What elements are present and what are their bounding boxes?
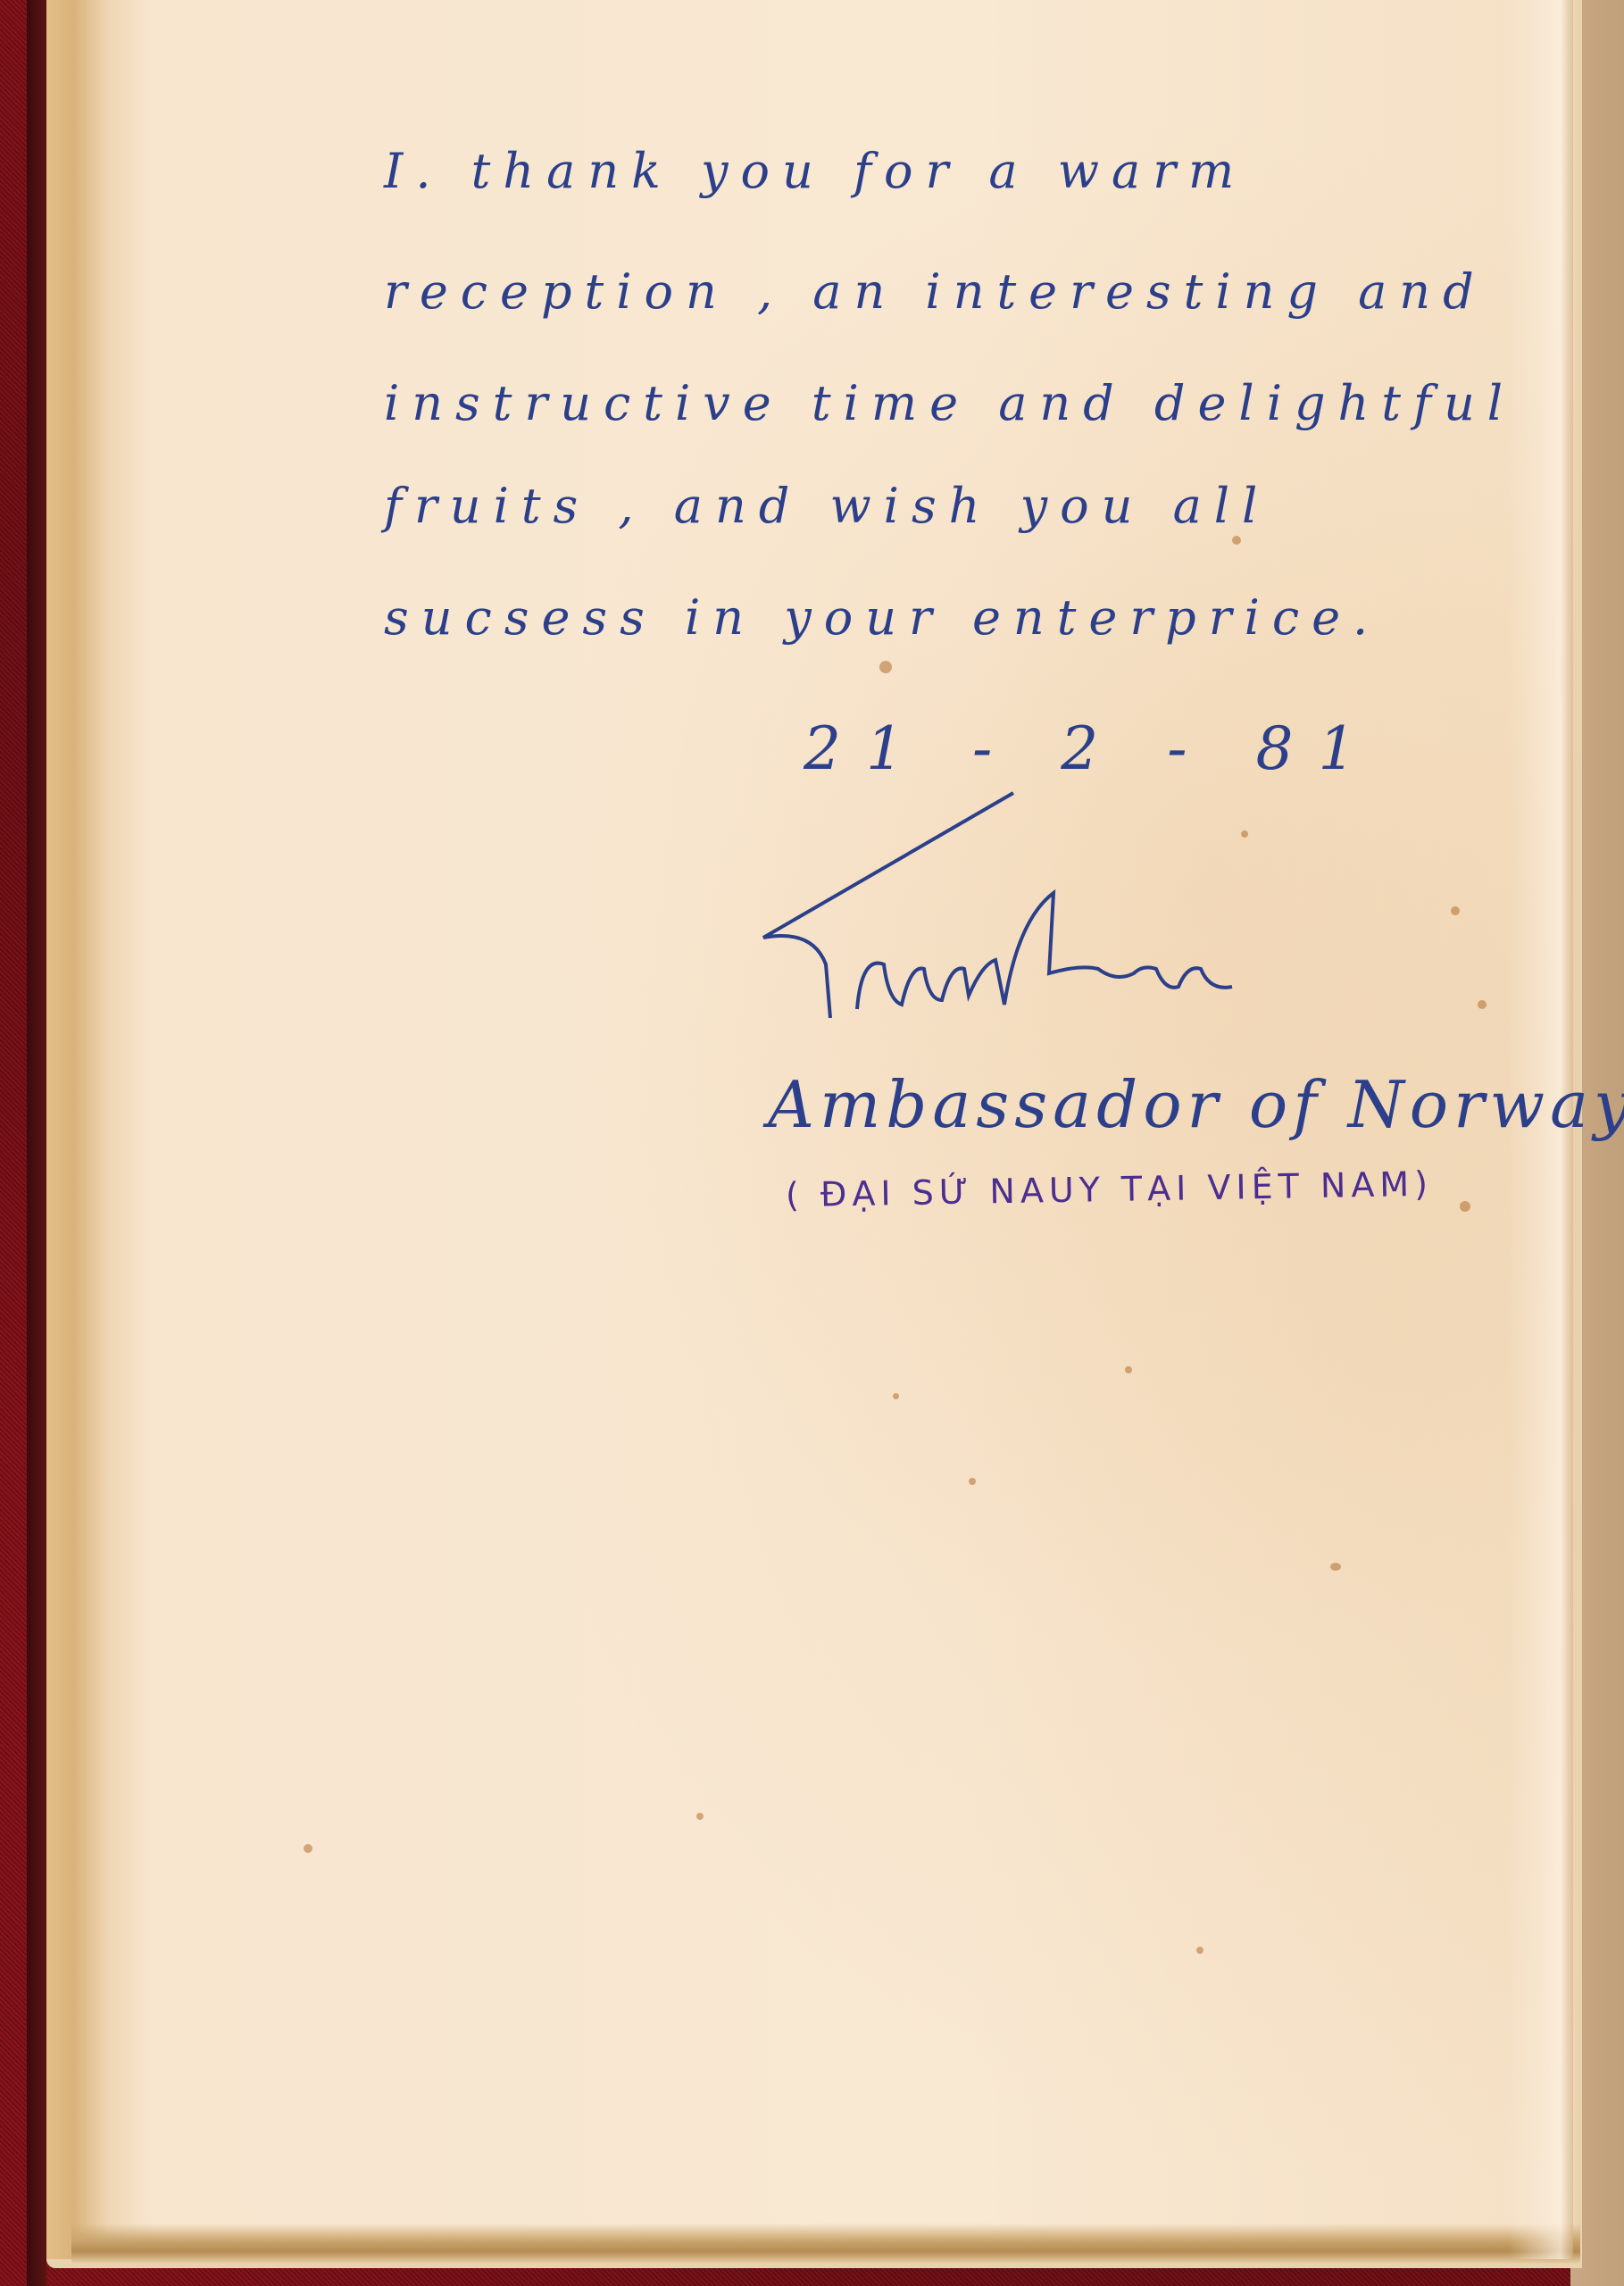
foxing-spot [696, 1813, 704, 1820]
signature-name: Tancred Ibsen [759, 786, 764, 787]
entry-date: 21 - 2 - 81 [804, 714, 1380, 783]
foxing-spot [969, 1478, 976, 1485]
message-line-4: fruits , and wish you all [384, 478, 1270, 534]
foxing-spot [1478, 1000, 1487, 1009]
foxing-spot [1460, 1201, 1470, 1212]
message-line-1: I. thank you for a warm [384, 143, 1246, 199]
foxing-spot [1330, 1563, 1341, 1571]
foxing-spot [893, 1393, 899, 1399]
page-bottom-edge [71, 2223, 1580, 2264]
foxing-spot [1451, 906, 1460, 915]
foxing-spot [879, 661, 892, 673]
message-line-5: sucsess in your enterprice. [384, 589, 1380, 646]
book-spine [27, 0, 46, 2286]
signature-flourish: Tancred Ibsen [759, 786, 1384, 1018]
foxing-spot [1232, 536, 1241, 545]
message-line-2: reception , an interesting and [384, 263, 1487, 320]
foxing-spot [304, 1844, 312, 1853]
foxing-spot [1125, 1366, 1132, 1373]
message-line-3: instructive time and delightful [384, 375, 1515, 431]
signer-title: Ambassador of Norway [768, 1067, 1624, 1142]
foxing-spot [1196, 1947, 1203, 1954]
